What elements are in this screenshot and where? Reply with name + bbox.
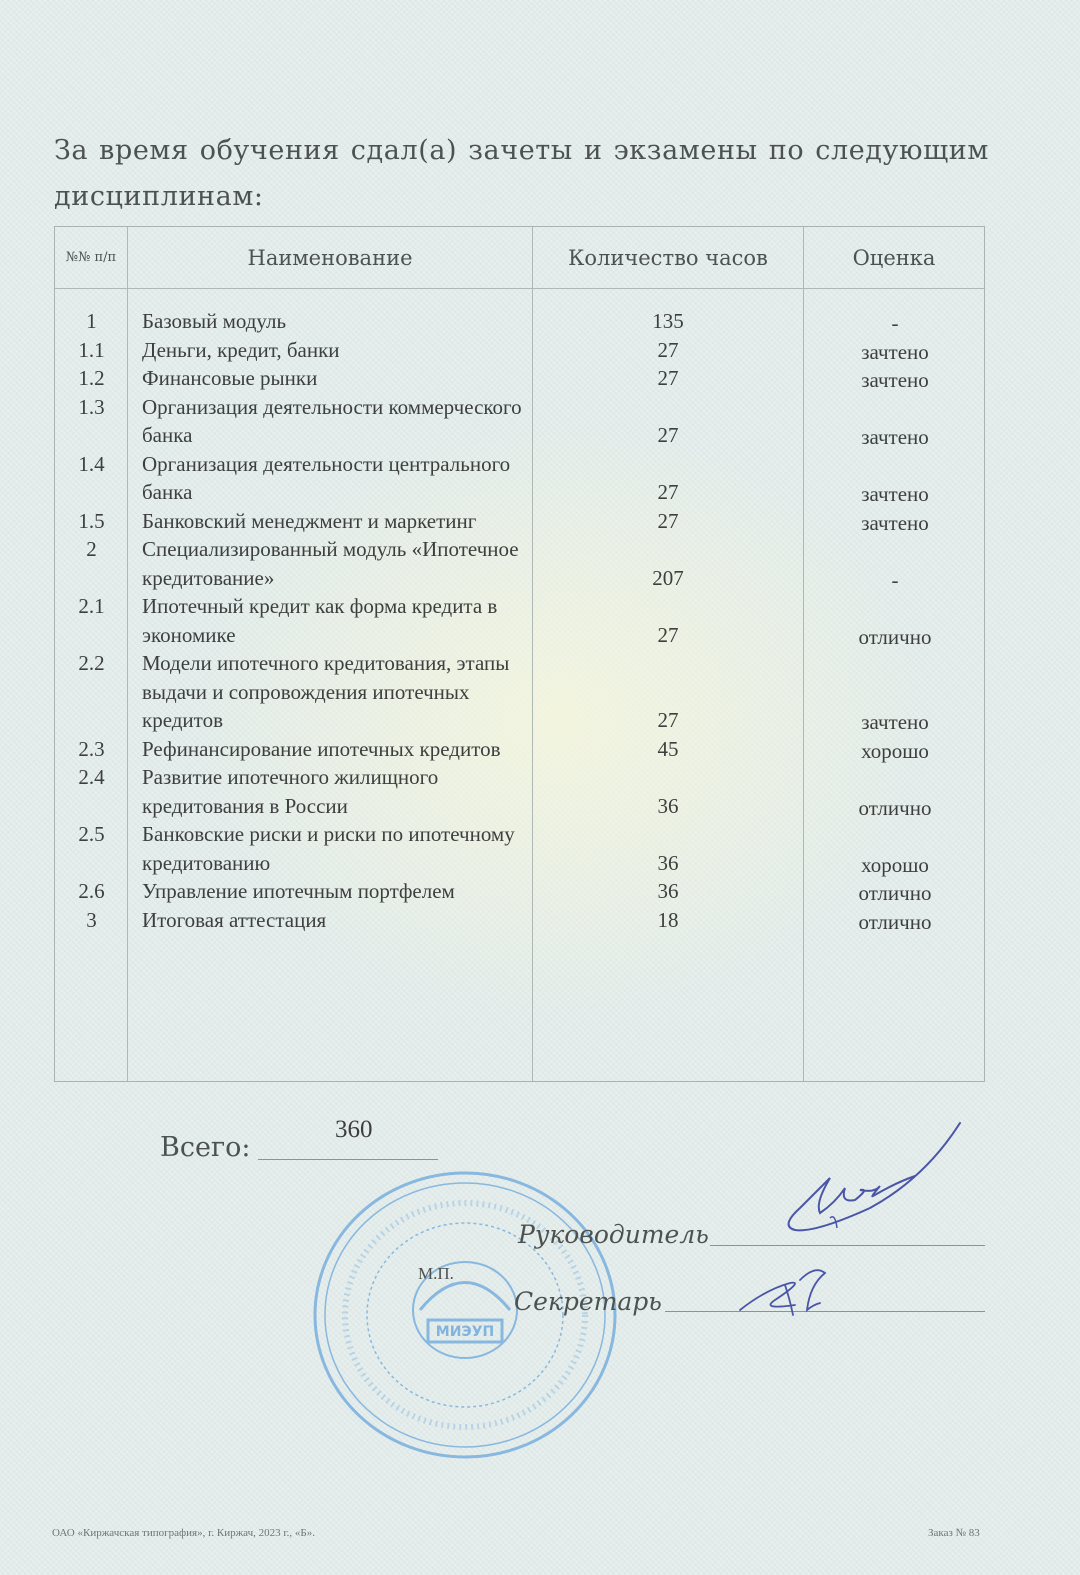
- table-row: 1.1Деньги, кредит, банки27зачтено: [55, 336, 984, 365]
- hours-value: 36: [533, 877, 803, 906]
- hours-value: 27: [533, 507, 803, 536]
- page-heading: За время обучения сдал(а) зачеты и экзам…: [54, 128, 989, 220]
- stamp-place-label: М.П.: [418, 1264, 454, 1284]
- hours-value: 36: [533, 849, 803, 878]
- table-body: 1Базовый модуль135-1.1Деньги, кредит, ба…: [55, 307, 984, 934]
- table-row: 1.4Организация деятельности центрального…: [55, 450, 984, 507]
- row-number: 1.5: [55, 507, 128, 536]
- grade-value: зачтено: [805, 480, 985, 509]
- hours-value: 27: [533, 478, 803, 507]
- row-number: 1: [55, 307, 128, 336]
- total-value: 360: [335, 1116, 373, 1144]
- grade-value: отлично: [805, 879, 985, 908]
- discipline-name: Организация деятельности центрального ба…: [142, 450, 522, 507]
- table-row: 1.2Финансовые рынки27зачтено: [55, 364, 984, 393]
- hours-value: 18: [533, 906, 803, 935]
- discipline-name: Итоговая аттестация: [142, 906, 522, 935]
- header-num: №№ п/п: [55, 227, 127, 288]
- table-row: 2.2Модели ипотечного кредитования, этапы…: [55, 649, 984, 735]
- order-number: Заказ № 83: [928, 1527, 980, 1539]
- total-label: Всего:: [160, 1132, 250, 1163]
- hours-value: 207: [533, 564, 803, 593]
- hours-value: 36: [533, 792, 803, 821]
- table-row: 2.6Управление ипотечным портфелем36отлич…: [55, 877, 984, 906]
- table-row: 1Базовый модуль135-: [55, 307, 984, 336]
- discipline-name: Ипотечный кредит как форма кредита в эко…: [142, 592, 522, 649]
- row-number: 2.6: [55, 877, 128, 906]
- row-number: 2.1: [55, 592, 128, 621]
- table-row: 2.4Развитие ипотечного жилищного кредито…: [55, 763, 984, 820]
- discipline-name: Деньги, кредит, банки: [142, 336, 522, 365]
- grade-value: -: [805, 566, 985, 595]
- row-number: 2.2: [55, 649, 128, 678]
- table-row: 2.5Банковские риски и риски по ипотечном…: [55, 820, 984, 877]
- row-number: 1.3: [55, 393, 128, 422]
- discipline-name: Модели ипотечного кредитования, этапы вы…: [142, 649, 522, 735]
- table-row: 3Итоговая аттестация18отлично: [55, 906, 984, 935]
- table-row: 1.3Организация деятельности коммерческог…: [55, 393, 984, 450]
- discipline-name: Развитие ипотечного жилищного кредитован…: [142, 763, 522, 820]
- hours-value: 45: [533, 735, 803, 764]
- discipline-name: Специализированный модуль «Ипотечное кре…: [142, 535, 522, 592]
- head-signature-icon: [775, 1118, 975, 1238]
- discipline-name: Банковский менеджмент и маркетинг: [142, 507, 522, 536]
- table-row: 1.5Банковский менеджмент и маркетинг27за…: [55, 507, 984, 536]
- hours-value: 27: [533, 336, 803, 365]
- row-number: 1.1: [55, 336, 128, 365]
- discipline-name: Организация деятельности коммерческого б…: [142, 393, 522, 450]
- discipline-name: Банковские риски и риски по ипотечному к…: [142, 820, 522, 877]
- hours-value: 135: [533, 307, 803, 336]
- hours-value: 27: [533, 421, 803, 450]
- hours-value: 27: [533, 621, 803, 650]
- discipline-name: Рефинансирование ипотечных кредитов: [142, 735, 522, 764]
- header-hours: Количество часов: [533, 227, 803, 288]
- grade-value: зачтено: [805, 509, 985, 538]
- header-name: Наименование: [128, 227, 532, 288]
- table-row: 2Специализированный модуль «Ипотечное кр…: [55, 535, 984, 592]
- discipline-name: Базовый модуль: [142, 307, 522, 336]
- grade-value: -: [805, 309, 985, 338]
- printer-info: ОАО «Киржачская типография», г. Киржач, …: [52, 1527, 315, 1539]
- table-row: 2.3Рефинансирование ипотечных кредитов45…: [55, 735, 984, 764]
- disciplines-table: №№ п/п Наименование Количество часов Оце…: [54, 226, 985, 1082]
- grade-value: зачтено: [805, 423, 985, 452]
- row-number: 2.4: [55, 763, 128, 792]
- head-signature-line: [710, 1245, 985, 1246]
- secretary-signature-icon: [735, 1255, 845, 1325]
- hours-value: 27: [533, 364, 803, 393]
- grade-value: хорошо: [805, 851, 985, 880]
- row-number: 1.2: [55, 364, 128, 393]
- grade-value: зачтено: [805, 708, 985, 737]
- grade-value: зачтено: [805, 338, 985, 367]
- grade-value: отлично: [805, 623, 985, 652]
- row-number: 2: [55, 535, 128, 564]
- row-number: 2.3: [55, 735, 128, 764]
- svg-text:МИЭУП: МИЭУП: [436, 1324, 494, 1340]
- header-grade: Оценка: [804, 227, 984, 288]
- grade-value: хорошо: [805, 737, 985, 766]
- grade-value: отлично: [805, 908, 985, 937]
- row-number: 3: [55, 906, 128, 935]
- grade-value: зачтено: [805, 366, 985, 395]
- secretary-label: Секретарь: [514, 1287, 662, 1316]
- grade-value: отлично: [805, 794, 985, 823]
- table-row: 2.1Ипотечный кредит как форма кредита в …: [55, 592, 984, 649]
- discipline-name: Управление ипотечным портфелем: [142, 877, 522, 906]
- discipline-name: Финансовые рынки: [142, 364, 522, 393]
- row-number: 2.5: [55, 820, 128, 849]
- row-number: 1.4: [55, 450, 128, 479]
- head-label: Руководитель: [518, 1220, 709, 1249]
- hours-value: 27: [533, 706, 803, 735]
